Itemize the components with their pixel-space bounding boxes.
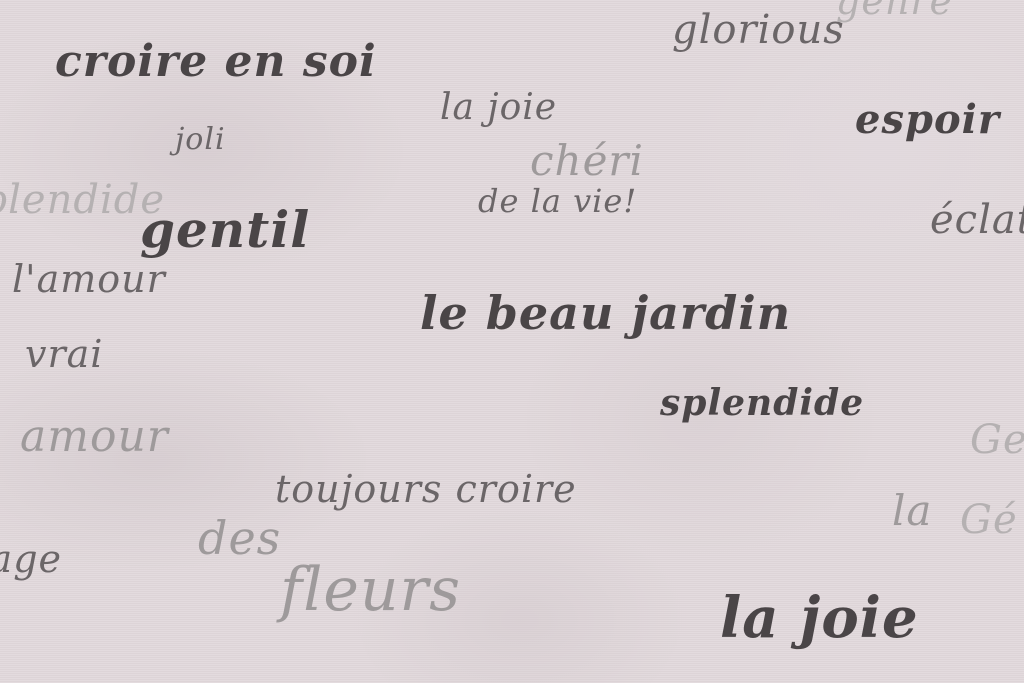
script-word: gentil xyxy=(140,205,310,255)
script-word: vrai xyxy=(25,335,103,373)
script-word: toujours croire xyxy=(275,470,577,508)
script-word: croire en soi xyxy=(55,40,377,84)
script-word: des xyxy=(198,515,281,561)
script-word: joli xyxy=(175,125,226,155)
script-word: amour xyxy=(20,415,169,459)
fabric-photo: croire en soigloriousgenrela joiejoliché… xyxy=(0,0,1024,683)
script-word: de la vie! xyxy=(478,185,637,217)
script-word: Ge xyxy=(970,420,1024,460)
script-word: genre xyxy=(836,0,953,20)
script-word: espoir xyxy=(855,100,1000,140)
script-word: splendide xyxy=(660,385,864,421)
script-word: la xyxy=(892,490,932,532)
script-word: l'amour xyxy=(12,260,166,298)
script-word: éclat xyxy=(930,200,1024,240)
script-word: chéri xyxy=(530,140,644,182)
script-word: glorious xyxy=(672,10,845,50)
script-word: Gé xyxy=(960,500,1018,540)
script-word: jardinage xyxy=(0,540,62,578)
script-word: la joie xyxy=(720,590,919,646)
script-word: fleurs xyxy=(280,560,461,620)
script-word: la joie xyxy=(440,90,557,126)
script-word: le beau jardin xyxy=(420,290,791,336)
